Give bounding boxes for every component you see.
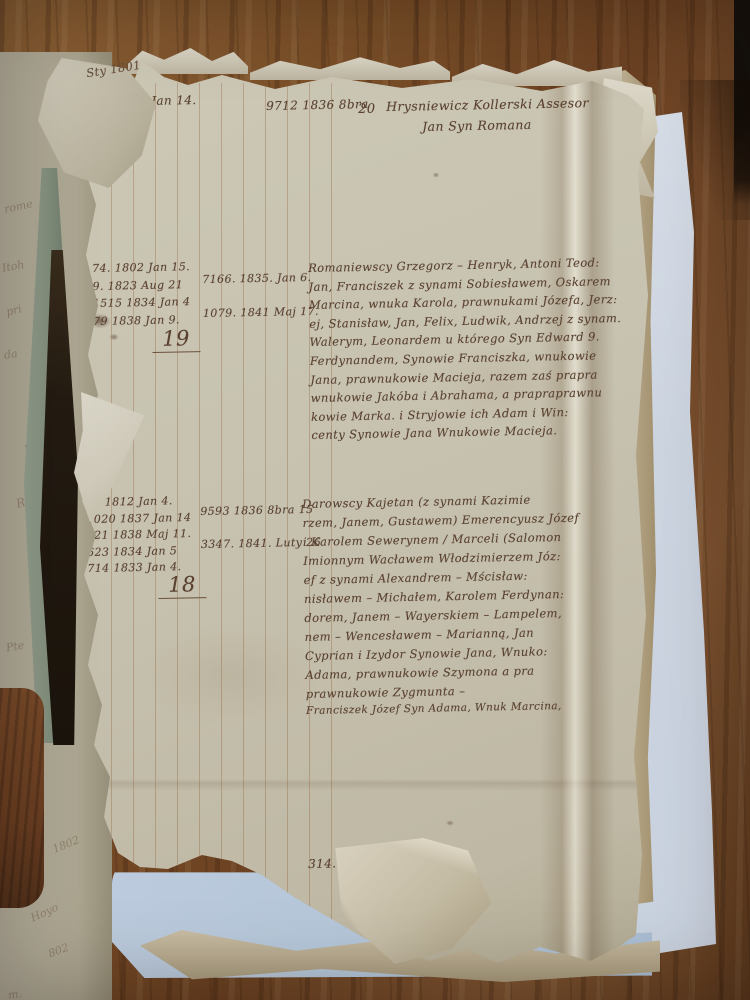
- folio-number: 314.: [308, 856, 337, 871]
- manuscript-page: 430 18.. Jan 14. 9712 1836 8bra 20 Hrysn…: [70, 55, 650, 980]
- entry1-date-row: 1515 1834 Jan 4: [93, 293, 191, 312]
- leather-binding: [0, 688, 44, 908]
- left-page-fragment: rome: [3, 197, 34, 216]
- entry1-registry-row: 1079. 1841 Maj 17.: [203, 295, 320, 331]
- entry2-total-souls: 18: [158, 572, 206, 599]
- header-entry-number: 20: [358, 102, 376, 117]
- left-page-fragment: da: [3, 347, 18, 362]
- left-page-fragment: Itoh: [1, 258, 25, 275]
- left-page-fragment: pri: [5, 302, 24, 318]
- entry1-total-souls: 19: [152, 326, 200, 353]
- entry2-date-row: 1020 1837 Jan 14: [86, 509, 191, 528]
- entry1-date-column: 74. 1802 Jan 15. 9. 1823 Aug 21 1515 183…: [92, 258, 191, 330]
- entry2-date-column: 26 1812 Jan 4. 1020 1837 Jan 14 321 1838…: [86, 493, 193, 577]
- header-surname: Hrysniewicz Kollerski Assesor: [386, 95, 589, 114]
- entry1-registry-row: 7166. 1835. Jan 6.: [202, 261, 319, 297]
- left-page-fragment: m.: [7, 987, 23, 1000]
- entry1-description: Romaniewscy Grzegorz – Henryk, Antoni Te…: [308, 253, 624, 445]
- entry1-registry-column: 7166. 1835. Jan 6. 1079. 1841 Maj 17.: [202, 261, 319, 331]
- entry2-date-row: 623 1834 Jan 5: [87, 542, 192, 561]
- entry2-description: Darowscy Kajetan (z synami Kazimie rzem,…: [302, 490, 583, 704]
- left-page-fragment: 1802: [51, 833, 82, 856]
- left-page-fragment: 802: [46, 941, 70, 960]
- header-patronymic: Jan Syn Romana: [422, 117, 532, 134]
- entry1-date-row: 74. 1802 Jan 15.: [92, 258, 190, 277]
- entry2-date-row: 321 1838 Maj 11.: [87, 526, 192, 545]
- left-page-fragment: Hoyo: [29, 901, 61, 925]
- left-page-fragment: Pte: [5, 639, 25, 655]
- entry1-date-row: 9. 1823 Aug 21: [92, 276, 190, 295]
- header-registry-number: 9712 1836 8bra: [266, 97, 369, 113]
